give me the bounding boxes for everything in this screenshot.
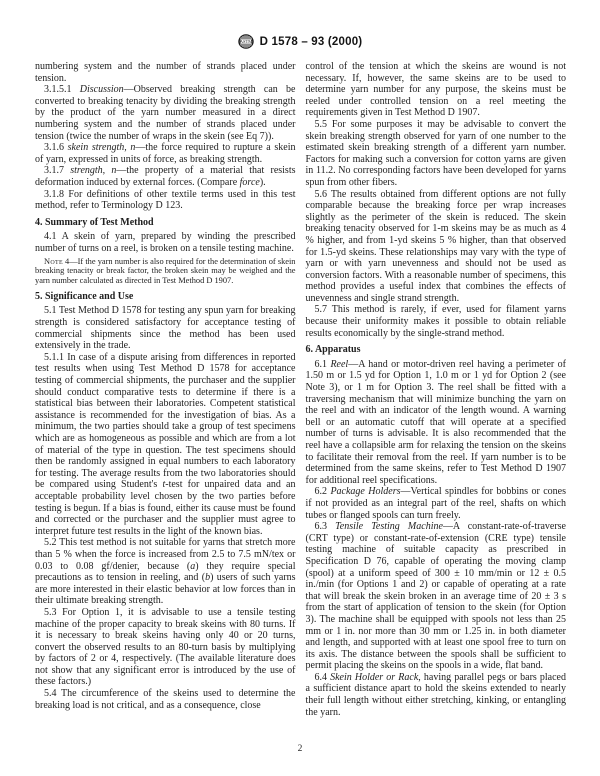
paragraph: 5.1 Test Method D 1578 for testing any s… bbox=[35, 305, 296, 351]
page-header: ASTM D 1578 – 93 (2000) bbox=[0, 34, 600, 49]
paragraph: 6.3 Tensile Testing Machine—A constant-r… bbox=[306, 521, 567, 672]
paragraph: 6.1 Reel—A hand or motor-driven reel hav… bbox=[306, 359, 567, 487]
svg-text:ASTM: ASTM bbox=[239, 39, 252, 44]
note-paragraph: Note 4—If the yarn number is also requir… bbox=[35, 257, 296, 286]
page-number: 2 bbox=[298, 744, 303, 754]
paragraph: control of the tension at which the skei… bbox=[306, 61, 567, 119]
astm-logo-icon: ASTM bbox=[238, 34, 254, 49]
paragraph: 3.1.5.1 Discussion—Observed breaking str… bbox=[35, 84, 296, 142]
paragraph: 3.1.6 skein strength, n—the force requir… bbox=[35, 142, 296, 165]
paragraph: 5.7 This method is rarely, if ever, used… bbox=[306, 304, 567, 339]
right-column: control of the tension at which the skei… bbox=[306, 61, 567, 718]
paragraph: 5.2 This test method is not suitable for… bbox=[35, 537, 296, 607]
paragraph: 5.3 For Option 1, it is advisable to use… bbox=[35, 607, 296, 688]
document-page: ASTM D 1578 – 93 (2000) numbering system… bbox=[0, 0, 600, 776]
paragraph: 6.4 Skein Holder or Rack, having paralle… bbox=[306, 672, 567, 718]
paragraph: 5.5 For some purposes it may be advisabl… bbox=[306, 119, 567, 189]
section-heading: 4. Summary of Test Method bbox=[35, 217, 296, 229]
left-column: numbering system and the number of stran… bbox=[35, 61, 296, 718]
paragraph: 5.1.1 In case of a dispute arising from … bbox=[35, 352, 296, 538]
paragraph: numbering system and the number of stran… bbox=[35, 61, 296, 84]
section-heading: 5. Significance and Use bbox=[35, 291, 296, 303]
paragraph: 3.1.7 strength, n—the property of a mate… bbox=[35, 165, 296, 188]
document-body: numbering system and the number of stran… bbox=[35, 61, 566, 718]
doc-code: D 1578 – 93 (2000) bbox=[260, 36, 363, 48]
paragraph: 4.1 A skein of yarn, prepared by winding… bbox=[35, 231, 296, 254]
paragraph: 5.4 The circumference of the skeins used… bbox=[35, 688, 296, 711]
paragraph: 5.6 The results obtained from different … bbox=[306, 189, 567, 305]
page-footer: 2 bbox=[0, 744, 600, 754]
paragraph: 6.2 Package Holders—Vertical spindles fo… bbox=[306, 486, 567, 521]
section-heading: 6. Apparatus bbox=[306, 344, 567, 356]
paragraph: 3.1.8 For definitions of other textile t… bbox=[35, 189, 296, 212]
